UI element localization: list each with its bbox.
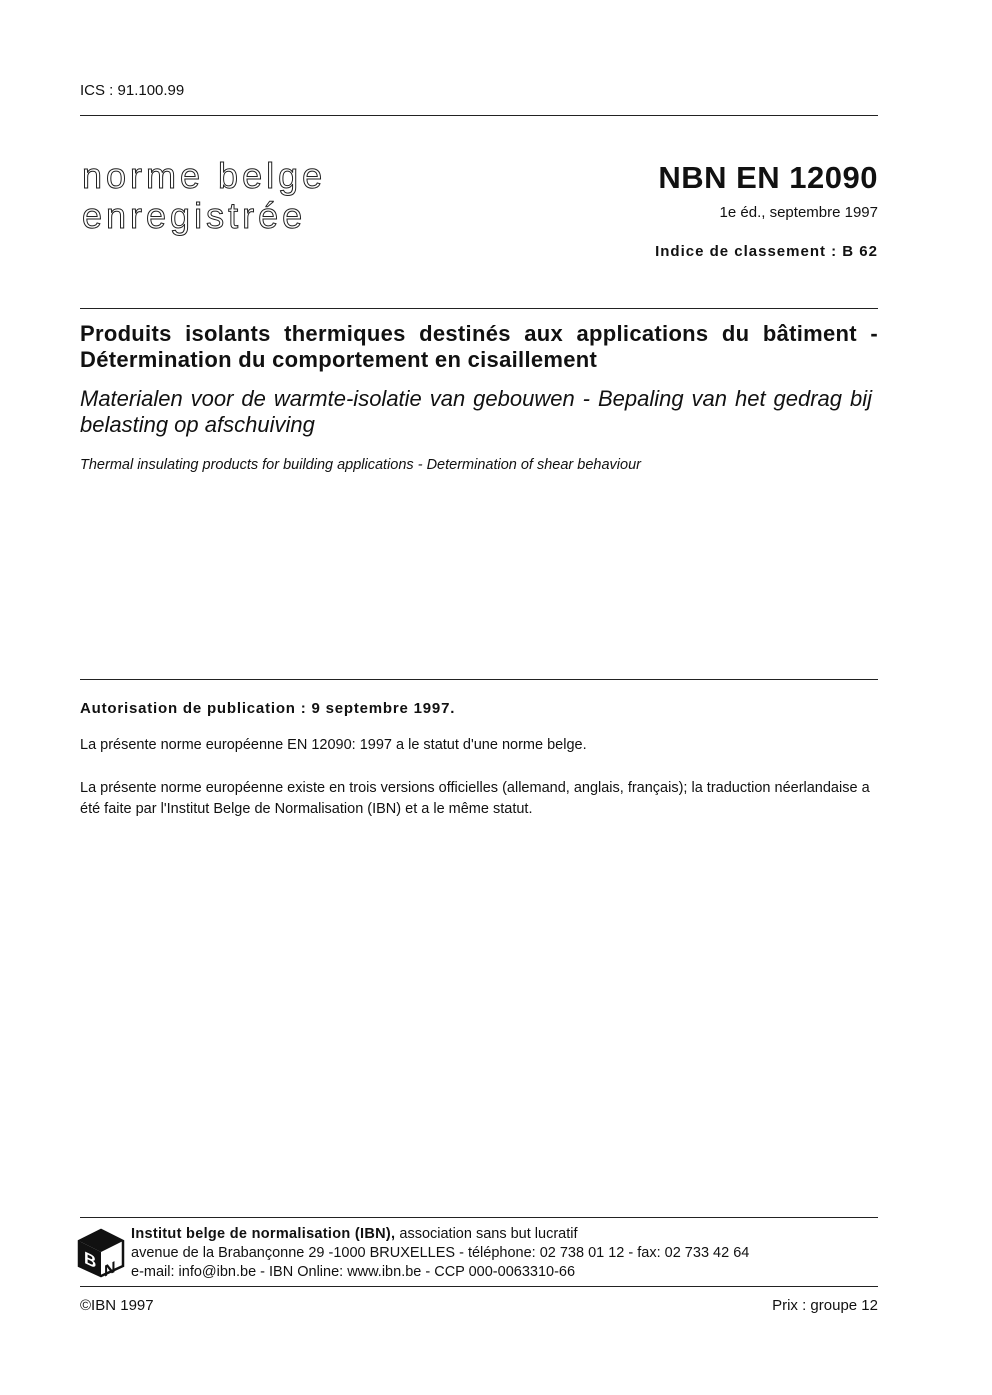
ibn-cube-logo-icon: B N [76,1228,126,1278]
versions-paragraph: La présente norme européenne existe en t… [80,778,880,820]
institute-name: Institut belge de normalisation (IBN), [131,1226,395,1242]
divider [80,679,878,680]
title-french: Produits isolants thermiques destinés au… [80,321,878,373]
divider [80,308,878,309]
edition-date: 1e éd., septembre 1997 [720,204,878,221]
publication-authorization: Autorisation de publication : 9 septembr… [80,700,455,717]
title-english: Thermal insulating products for building… [80,457,641,473]
institute-contact: e-mail: info@ibn.be - IBN Online: www.ib… [131,1263,749,1282]
outline-line-1: norme belge [82,156,326,196]
divider [80,115,878,116]
ics-code: ICS : 91.100.99 [80,82,184,99]
price-group: Prix : groupe 12 [772,1297,878,1314]
classification-index: Indice de classement : B 62 [655,243,878,260]
divider [80,1286,878,1287]
copyright: ©IBN 1997 [80,1297,154,1314]
institute-address: avenue de la Brabançonne 29 -1000 BRUXEL… [131,1244,749,1263]
registered-standard-label: norme belge enregistrée [82,156,326,236]
institute-description: association sans but lucratif [395,1226,577,1242]
outline-line-2: enregistrée [82,196,326,236]
divider [80,1217,878,1218]
standard-number: NBN EN 12090 [658,160,878,196]
status-paragraph: La présente norme européenne EN 12090: 1… [80,737,587,753]
title-dutch: Materialen voor de warmte-isolatie van g… [80,386,872,438]
institute-info: Institut belge de normalisation (IBN), a… [131,1225,749,1282]
